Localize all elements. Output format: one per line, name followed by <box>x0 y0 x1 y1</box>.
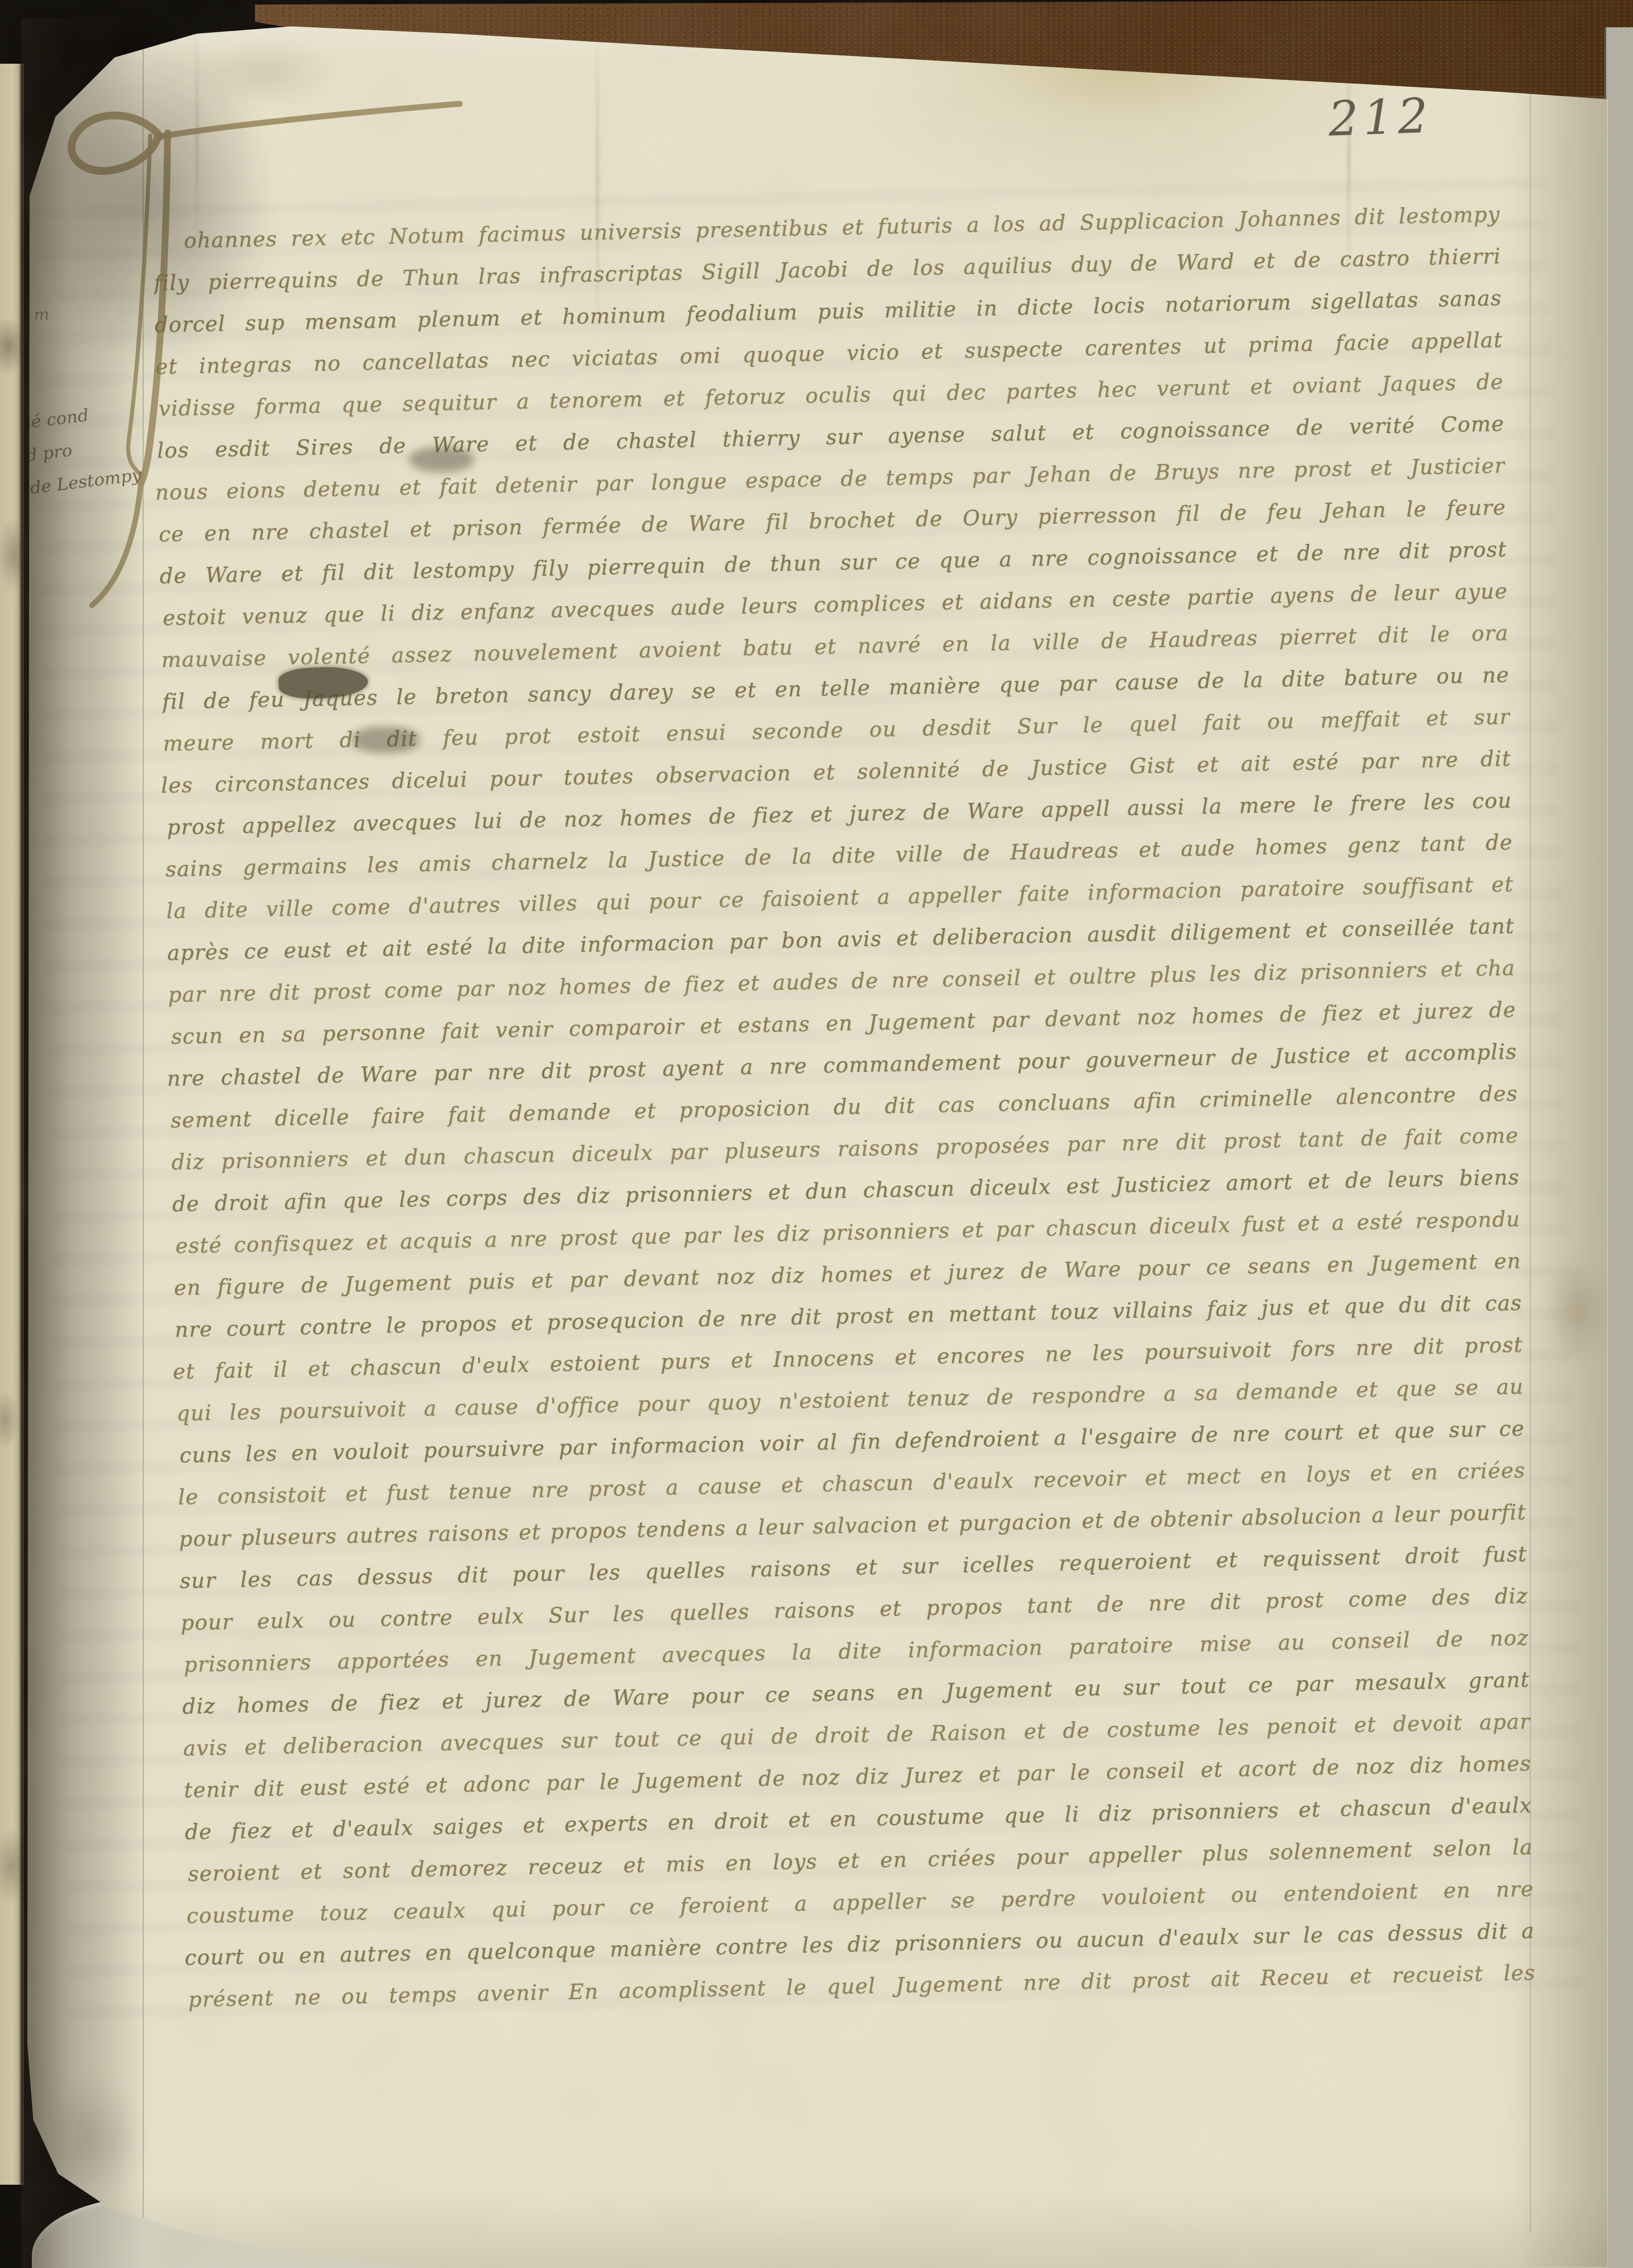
parchment-stain <box>191 39 337 107</box>
folio-number: 212 <box>1328 92 1433 143</box>
gutter-seam <box>20 64 24 2185</box>
margin-ruling-line-left <box>142 30 144 2228</box>
parchment-page: ij m sé condd prode Lestompy 212 ohannes… <box>0 0 1633 2268</box>
ink-smudge <box>351 726 420 753</box>
parchment-stain <box>36 2075 146 2203</box>
manuscript-photo: { "page": { "folio_number": "212", "top_… <box>0 0 1633 2268</box>
ink-smudge <box>410 447 473 472</box>
manuscript-text-block: ohannes rex etc Notum facimus universis … <box>153 193 1536 2021</box>
page-edges-stack <box>1604 27 1633 2268</box>
parchment-stain <box>1546 1256 1610 1365</box>
